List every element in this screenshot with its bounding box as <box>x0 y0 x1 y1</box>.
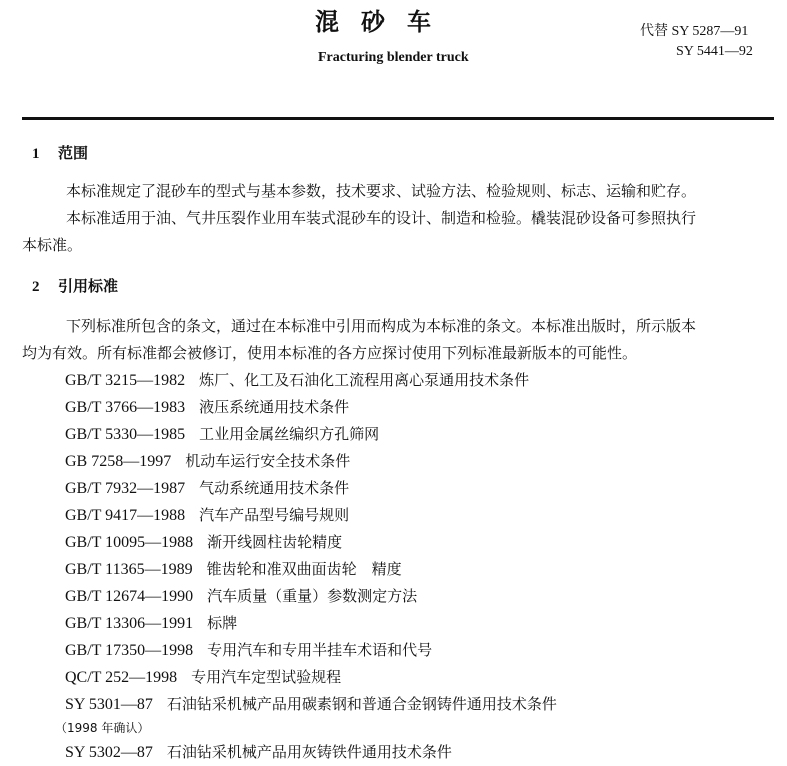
header-divider <box>22 117 774 120</box>
reference-item: QC/T 252—1998专用汽车定型试验规程 <box>65 666 341 687</box>
paragraph: 均为有效。所有标准都会被修订，使用本标准的各方应探讨使用下列标准最新版本的可能性… <box>22 342 637 363</box>
reference-item: GB/T 3766—1983液压系统通用技术条件 <box>65 396 349 417</box>
reference-item: SY 5302—87石油钻采机械产品用灰铸铁件通用技术条件 <box>65 741 452 762</box>
paragraph: 下列标准所包含的条文，通过在本标准中引用而构成为本标准的条文。本标准出版时，所示… <box>66 315 696 336</box>
paragraph: 本标准适用于油、气井压裂作业用车装式混砂车的设计、制造和检验。橇装混砂设备可参照… <box>66 207 696 228</box>
reference-confirmation-note: （1998 年确认） <box>55 719 149 736</box>
section-title: 引用标准 <box>58 277 118 295</box>
reference-item: SY 5301—87石油钻采机械产品用碳素钢和普通合金钢铸件通用技术条件 <box>65 693 557 714</box>
reference-item: GB/T 7932—1987气动系统通用技术条件 <box>65 477 349 498</box>
reference-item: GB/T 5330—1985工业用金属丝编织方孔筛网 <box>65 423 379 444</box>
replaces-standard-2: SY 5441—92 <box>676 44 753 60</box>
reference-item: GB 7258—1997机动车运行安全技术条件 <box>65 450 350 471</box>
reference-item: GB/T 17350—1998专用汽车和专用半挂车术语和代号 <box>65 639 432 660</box>
reference-item: GB/T 9417—1988汽车产品型号编号规则 <box>65 504 349 525</box>
reference-item: GB/T 13306—1991标牌 <box>65 612 237 633</box>
section-heading-scope: 1范围 <box>32 142 88 163</box>
replaces-standard-1: 代替 SY 5287—91 <box>640 20 748 40</box>
paragraph: 本标准。 <box>22 234 82 255</box>
document-title-en: Fracturing blender truck <box>318 50 469 66</box>
reference-item: GB/T 12674—1990汽车质量（重量）参数测定方法 <box>65 585 417 606</box>
section-number: 1 <box>32 146 58 163</box>
paragraph: 本标准规定了混砂车的型式与基本参数，技术要求、试验方法、检验规则、标志、运输和贮… <box>66 180 696 201</box>
reference-item: GB/T 3215—1982炼厂、化工及石油化工流程用离心泵通用技术条件 <box>65 369 529 390</box>
section-number: 2 <box>32 279 58 296</box>
reference-item: GB/T 11365—1989锥齿轮和准双曲面齿轮 精度 <box>65 558 402 579</box>
reference-item: GB/T 10095—1988渐开线圆柱齿轮精度 <box>65 531 342 552</box>
section-title: 范围 <box>58 144 88 162</box>
document-title-cn: 混砂车 <box>315 2 453 37</box>
section-heading-normative-references: 2引用标准 <box>32 275 118 296</box>
